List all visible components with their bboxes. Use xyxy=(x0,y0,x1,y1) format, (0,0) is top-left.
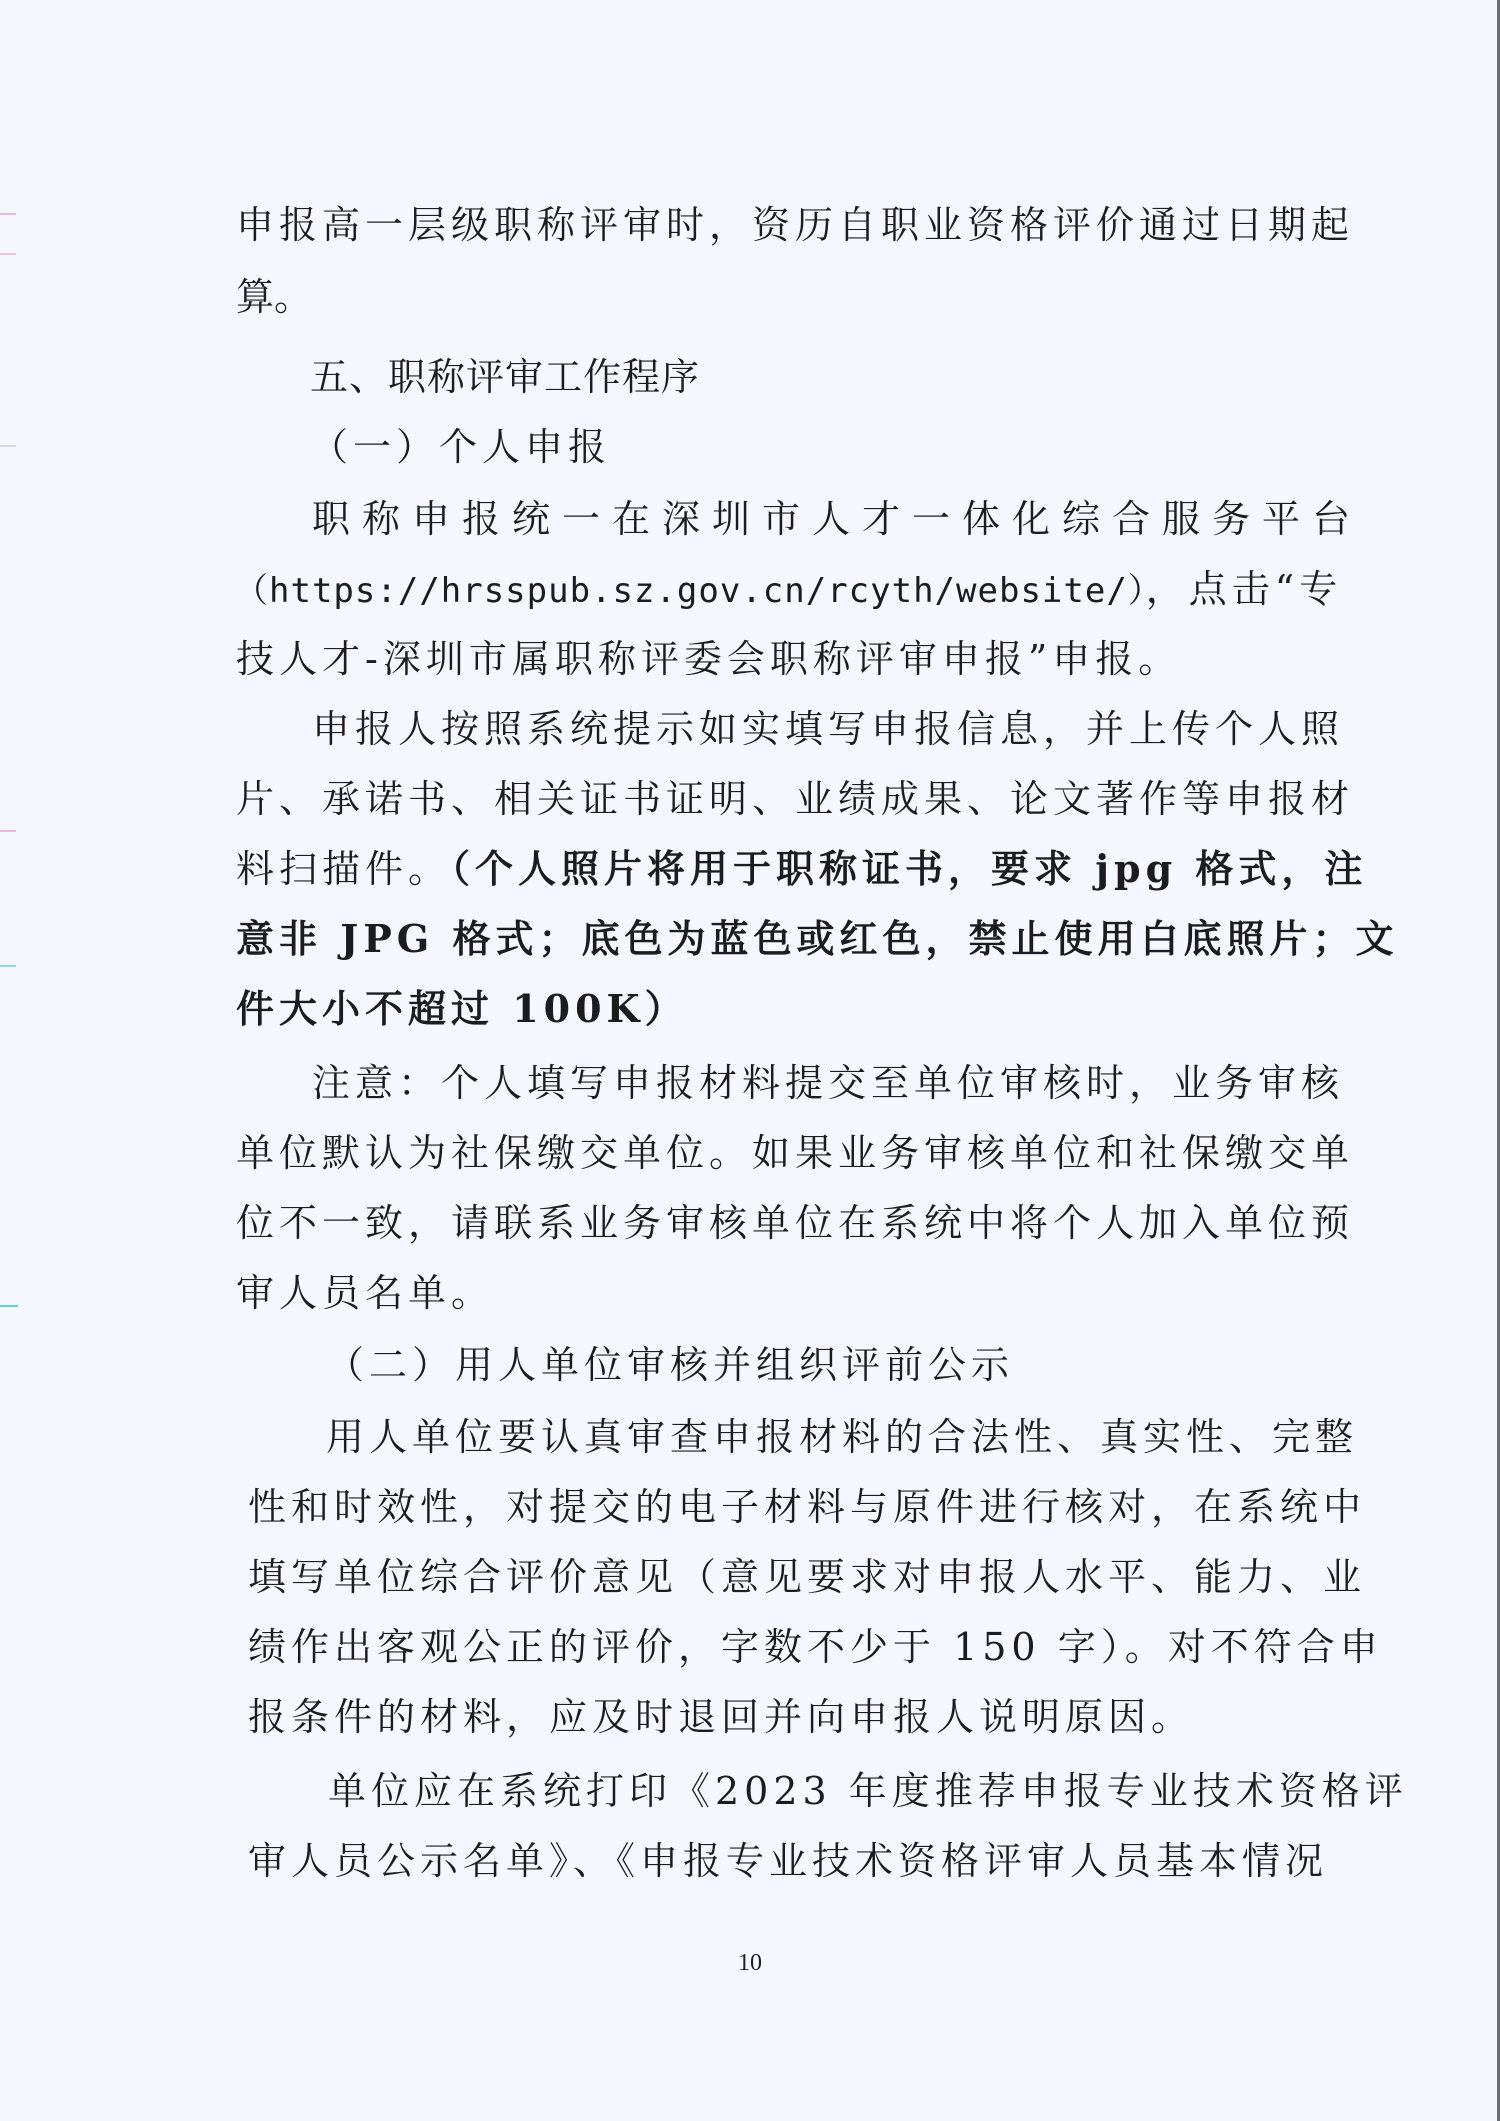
platform-url: （https://hrsspub.sz.gov.cn/rcyth/website… xyxy=(234,571,1146,611)
paragraph-line: 申报人按照系统提示如实填写申报信息，并上传个人照 xyxy=(312,704,1344,754)
paragraph-line: 填写单位综合评价意见（意见要求对申报人水平、能力、业 xyxy=(248,1552,1366,1602)
paragraph-line: 绩作出客观公正的评价，字数不少于 150 字）。对不符合申 xyxy=(248,1622,1383,1672)
scan-mark xyxy=(0,253,16,255)
scan-mark xyxy=(0,445,16,447)
subsection-heading: （一）个人申报 xyxy=(310,422,611,472)
paragraph-line: 注意：个人填写申报材料提交至单位审核时，业务审核 xyxy=(312,1058,1344,1108)
subsection-heading: （二）用人单位审核并组织评前公示 xyxy=(326,1340,1014,1390)
paragraph-line: 片、承诺书、相关证书证明、业绩成果、论文著作等申报材 xyxy=(236,774,1354,824)
paragraph-line: 职称申报统一在深圳市人才一体化综合服务平台 xyxy=(312,494,1362,544)
photo-requirement-note: 件大小不超过 100K） xyxy=(236,984,688,1034)
scan-mark xyxy=(0,830,16,832)
paragraph-line: 审人员公示名单》、《申报专业技术资格评审人员基本情况 xyxy=(248,1836,1328,1886)
paragraph-line: 算。 xyxy=(236,272,312,322)
photo-requirement-note: （个人照片将用于职称证书，要求 jpg 格式，注 xyxy=(451,846,1367,891)
paragraph-line-url: （https://hrsspub.sz.gov.cn/rcyth/website… xyxy=(234,564,1342,614)
scan-mark xyxy=(0,213,16,215)
paragraph-line: 审人员名单。 xyxy=(236,1268,494,1318)
scan-mark xyxy=(0,965,16,967)
paragraph-line: 单位应在系统打印《2023 年度推荐申报专业技术资格评 xyxy=(328,1766,1408,1816)
scan-mark xyxy=(0,1305,18,1307)
section-heading: 五、职称评审工作程序 xyxy=(310,352,700,402)
paragraph-line: 性和时效性，对提交的电子材料与原件进行核对，在系统中 xyxy=(248,1482,1366,1532)
paragraph-line: 用人单位要认真审查申报材料的合法性、真实性、完整 xyxy=(326,1412,1358,1462)
paragraph-line: 单位默认为社保缴交单位。如果业务审核单位和社保缴交单 xyxy=(236,1128,1354,1178)
paragraph-line-mixed: 料扫描件。（个人照片将用于职称证书，要求 jpg 格式，注 xyxy=(236,844,1367,894)
paragraph-line: 位不一致，请联系业务审核单位在系统中将个人加入单位预 xyxy=(236,1198,1354,1248)
paragraph-line: 报条件的材料，应及时退回并向申报人说明原因。 xyxy=(248,1692,1194,1742)
page-number: 10 xyxy=(0,1950,1500,1977)
photo-requirement-note: 意非 JPG 格式；底色为蓝色或红色，禁止使用白底照片；文 xyxy=(236,914,1398,964)
paragraph-line: 技人才-深圳市属职称评委会职称评审申报”申报。 xyxy=(236,634,1181,684)
scan-margin-marks xyxy=(0,0,18,2121)
paragraph-line: 申报高一层级职称评审时，资历自职业资格评价通过日期起 xyxy=(236,200,1354,250)
plain-text: 料扫描件。 xyxy=(236,847,451,891)
